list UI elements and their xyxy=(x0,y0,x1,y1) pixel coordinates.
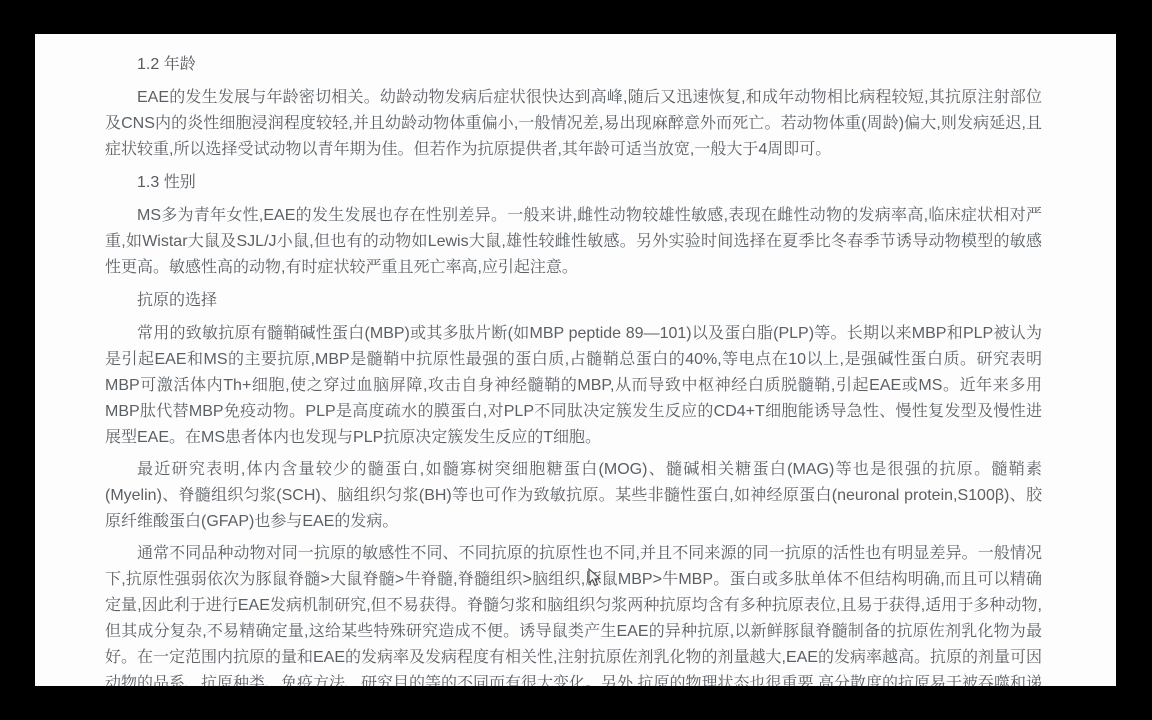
body-paragraph: 最近研究表明,体内含量较少的髓蛋白,如髓寡树突细胞糖蛋白(MOG)、髓碱相关糖蛋… xyxy=(105,457,1042,535)
body-paragraph: 常用的致敏抗原有髓鞘碱性蛋白(MBP)或其多肽片断(如MBP peptide 8… xyxy=(105,321,1042,451)
document-content: 1.2 年龄 EAE的发生发展与年龄密切相关。幼龄动物发病后症状很快达到高峰,随… xyxy=(35,34,1116,686)
document-page[interactable]: 1.2 年龄 EAE的发生发展与年龄密切相关。幼龄动物发病后症状很快达到高峰,随… xyxy=(35,34,1116,686)
section-heading-antigen-selection: 抗原的选择 xyxy=(105,288,1042,314)
body-paragraph: 通常不同品种动物对同一抗原的敏感性不同、不同抗原的抗原性也不同,并且不同来源的同… xyxy=(105,541,1042,686)
letterbox-stage: 1.2 年龄 EAE的发生发展与年龄密切相关。幼龄动物发病后症状很快达到高峰,随… xyxy=(0,0,1152,720)
section-heading-age: 1.2 年龄 xyxy=(105,52,1042,78)
body-paragraph: EAE的发生发展与年龄密切相关。幼龄动物发病后症状很快达到高峰,随后又迅速恢复,… xyxy=(105,85,1042,163)
body-paragraph: MS多为青年女性,EAE的发生发展也存在性别差异。一般来讲,雌性动物较雄性敏感,… xyxy=(105,203,1042,281)
section-heading-sex: 1.3 性别 xyxy=(105,170,1042,196)
